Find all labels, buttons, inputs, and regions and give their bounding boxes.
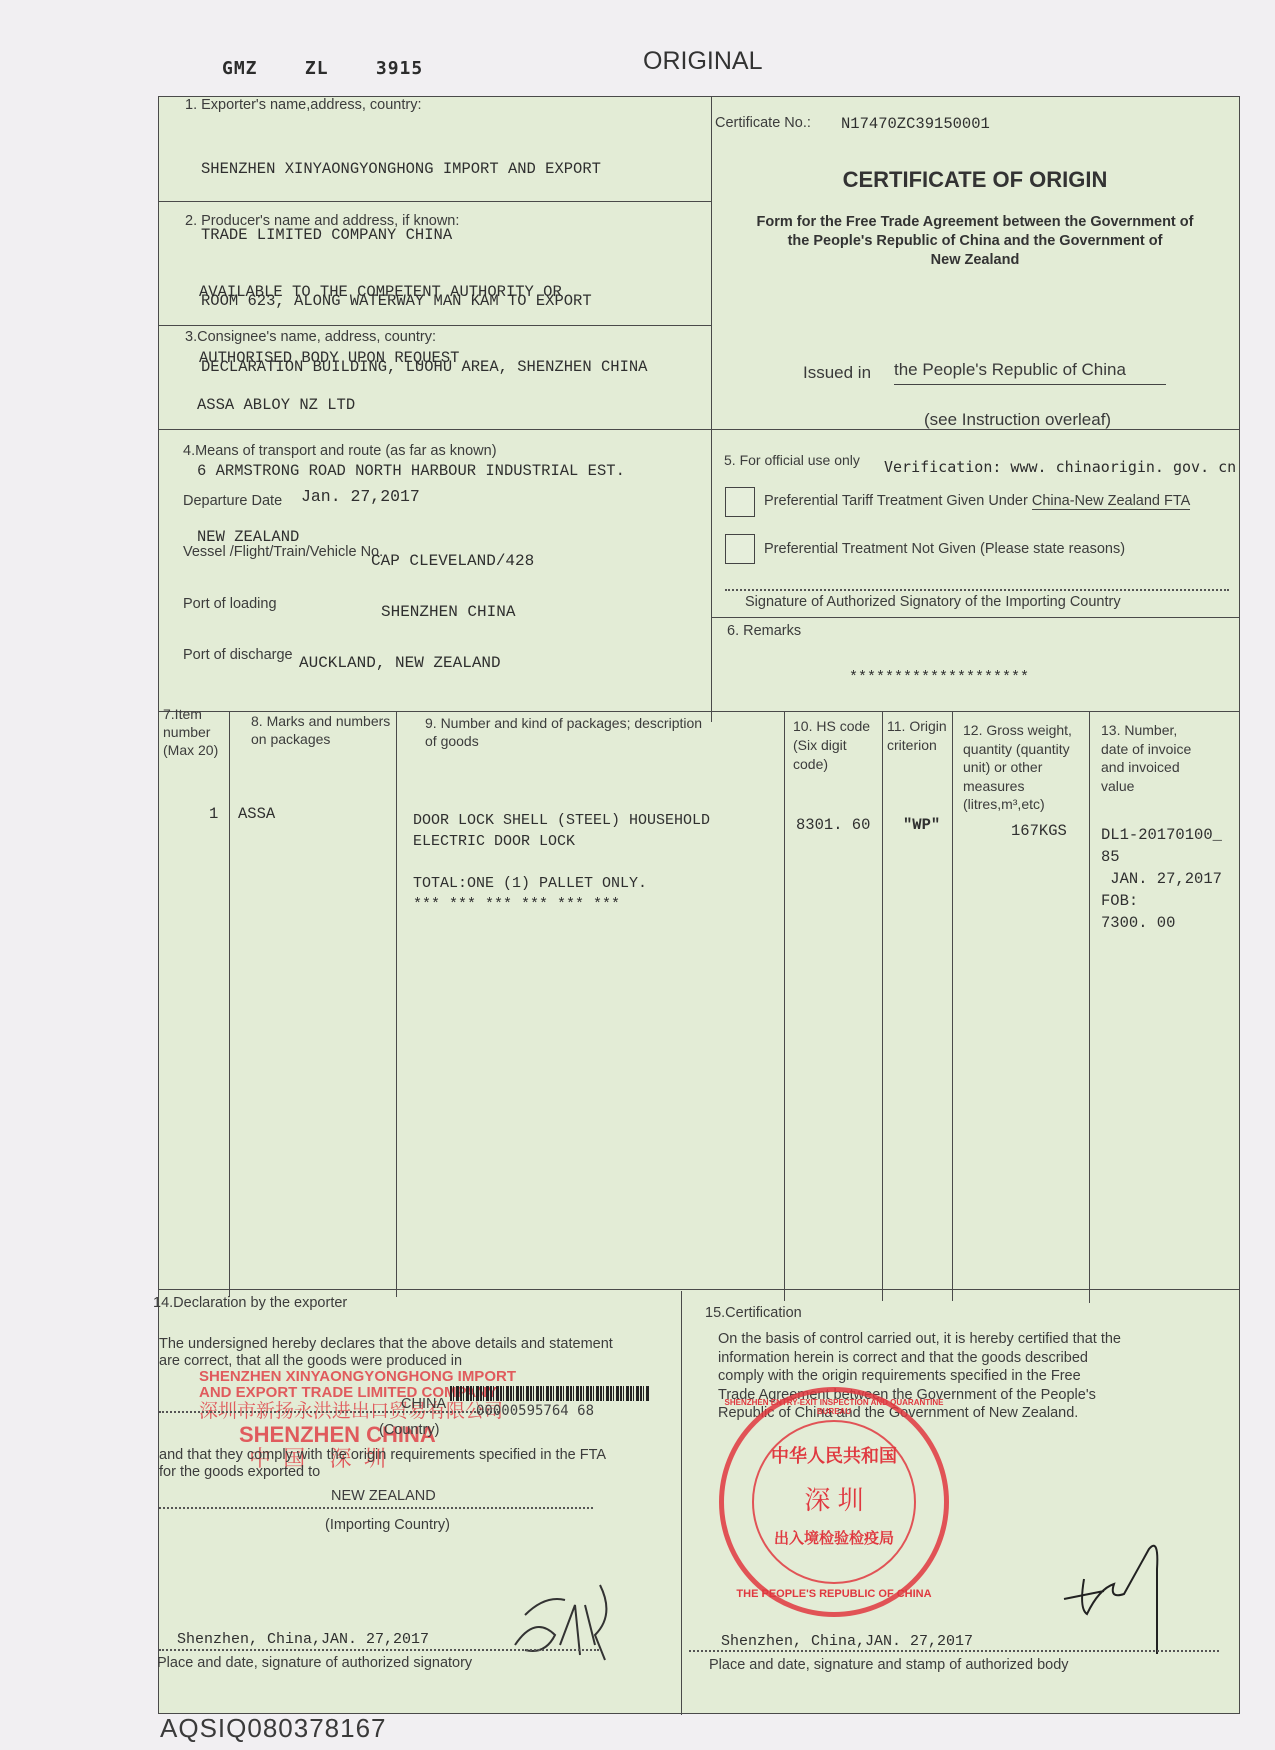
declaration-text-2: and that they comply with the origin req… (159, 1447, 606, 1481)
importing-signatory-caption: Signature of Authorized Signatory of the… (745, 594, 1121, 610)
header-gross-weight: 12. Gross weight, quantity (quantity uni… (963, 721, 1072, 814)
subtitle-line: Form for the Free Trade Agreement betwee… (711, 213, 1239, 232)
importing-country-caption: (Importing Country) (325, 1517, 450, 1533)
seal-top-cn: 中华人民共和国 (724, 1442, 944, 1468)
issued-in-value: the People's Republic of China (894, 360, 1166, 385)
subtitle-line: the People's Republic of China and the G… (711, 232, 1239, 251)
departure-date-value: Jan. 27,2017 (301, 487, 420, 506)
header-origin-criterion: 11. Origin criterion (887, 717, 947, 755)
exporter-signature-icon (505, 1575, 625, 1665)
consignee-line: 6 ARMSTRONG ROAD NORTH HARBOUR INDUSTRIA… (197, 460, 625, 482)
issued-in-label: Issued in (803, 363, 871, 383)
cell-hs-code: 8301. 60 (796, 816, 870, 834)
aqsiq-serial: AQSIQ080378167 (160, 1713, 387, 1744)
certificate-title: CERTIFICATE OF ORIGIN (711, 167, 1239, 193)
certificate-subtitle: Form for the Free Trade Agreement betwee… (711, 213, 1239, 270)
seal-outer-text: SHENZHEN ENTRY-EXIT INSPECTION AND QUARA… (724, 1398, 944, 1416)
cell-gross-weight: 167KGS (1011, 822, 1067, 840)
importing-country: NEW ZEALAND (331, 1488, 436, 1504)
header-invoice: 13. Number, date of invoice and invoiced… (1101, 721, 1191, 795)
box1-label: 1. Exporter's name,address, country: (185, 97, 422, 113)
reference-code: GMZ ZL 3915 (222, 58, 423, 79)
port-discharge-label: Port of discharge (183, 647, 293, 663)
certificate-number: N17470ZC39150001 (841, 115, 990, 133)
cell-marks: ASSA (238, 805, 275, 823)
cell-invoice: DL1-20170100_ 85 JAN. 27,2017 FOB: 7300.… (1101, 824, 1222, 934)
stamp-line: SHENZHEN CHINA (199, 1423, 516, 1447)
box5-label: 5. For official use only (724, 452, 860, 468)
option-preferential-given: Preferential Tariff Treatment Given Unde… (764, 493, 1190, 509)
production-country: CHINA (401, 1396, 446, 1412)
exporter-line: SHENZHEN XINYAONGYONGHONG IMPORT AND EXP… (201, 158, 647, 180)
subtitle-line: New Zealand (711, 251, 1239, 270)
seal-center-cn: 深 圳 (724, 1480, 944, 1517)
certifier-signature-caption: Place and date, signature and stamp of a… (709, 1657, 1069, 1673)
port-loading-value: SHENZHEN CHINA (381, 603, 515, 621)
port-discharge-value: AUCKLAND, NEW ZEALAND (299, 654, 501, 672)
certificate-form: 1. Exporter's name,address, country: SHE… (158, 96, 1240, 1714)
option-preferential-not-given: Preferential Treatment Not Given (Please… (764, 541, 1125, 557)
producer-line: AVAILABLE TO THE COMPETENT AUTHORITY OR (199, 281, 562, 303)
box4-label: 4.Means of transport and route (as far a… (183, 443, 497, 459)
exporter-signature-caption: Place and date, signature of authorized … (157, 1655, 472, 1671)
vessel-label: Vessel /Flight/Train/Vehicle No. (183, 544, 383, 560)
checkbox-preferential-not-given[interactable] (725, 534, 755, 564)
certifier-place-date: Shenzhen, China,JAN. 27,2017 (721, 1633, 973, 1650)
port-loading-label: Port of loading (183, 596, 277, 612)
certificate-number-label: Certificate No.: (715, 115, 811, 131)
fta-name: China-New Zealand FTA (1032, 493, 1191, 510)
box2-label: 2. Producer's name and address, if known… (185, 213, 459, 229)
option1-prefix: Preferential Tariff Treatment Given Unde… (764, 493, 1032, 509)
cell-origin-criterion: "WP" (903, 816, 940, 834)
seal-bottom-cn: 出入境检验检疫局 (724, 1527, 944, 1548)
header-marks: 8. Marks and numbers on packages (251, 712, 390, 748)
cell-description: DOOR LOCK SHELL (STEEL) HOUSEHOLD ELECTR… (413, 810, 710, 915)
barcode (450, 1386, 650, 1401)
verification-url[interactable]: Verification: www. chinaorigin. gov. cn (884, 458, 1236, 476)
header-description: 9. Number and kind of packages; descript… (425, 714, 702, 750)
remarks-value: ******************** (849, 669, 1029, 686)
consignee-line: ASSA ABLOY NZ LTD (197, 394, 625, 416)
box14-label: 14.Declaration by the exporter (153, 1295, 347, 1311)
declaration-text-1: The undersigned hereby declares that the… (159, 1336, 613, 1370)
barcode-number: 00000595764 68 (476, 1403, 594, 1419)
vessel-value: CAP CLEVELAND/428 (371, 552, 534, 570)
original-label: ORIGINAL (643, 47, 762, 76)
cell-item-number: 1 (209, 805, 218, 823)
box6-label: 6. Remarks (727, 623, 801, 639)
stamp-line: SHENZHEN XINYAONGYONGHONG IMPORT (199, 1369, 516, 1385)
header-hs-code: 10. HS code (Six digit code) (793, 717, 870, 774)
header-item-number: 7.Item number (Max 20) (163, 705, 218, 759)
seal-bottom-text: THE PEOPLE'S REPUBLIC OF CHINA (724, 1588, 944, 1600)
instruction-note: (see Instruction overleaf) (924, 410, 1111, 430)
box15-label: 15.Certification (705, 1305, 802, 1321)
checkbox-preferential-given[interactable] (725, 487, 755, 517)
box3-label: 3.Consignee's name, address, country: (185, 329, 436, 345)
official-seal: 中华人民共和国 深 圳 出入境检验检疫局 THE PEOPLE'S REPUBL… (719, 1387, 949, 1617)
departure-date-label: Departure Date (183, 493, 282, 509)
certifier-signature-icon (1059, 1529, 1169, 1659)
exporter-place-date: Shenzhen, China,JAN. 27,2017 (177, 1631, 429, 1648)
country-caption: (Country) (379, 1422, 439, 1438)
